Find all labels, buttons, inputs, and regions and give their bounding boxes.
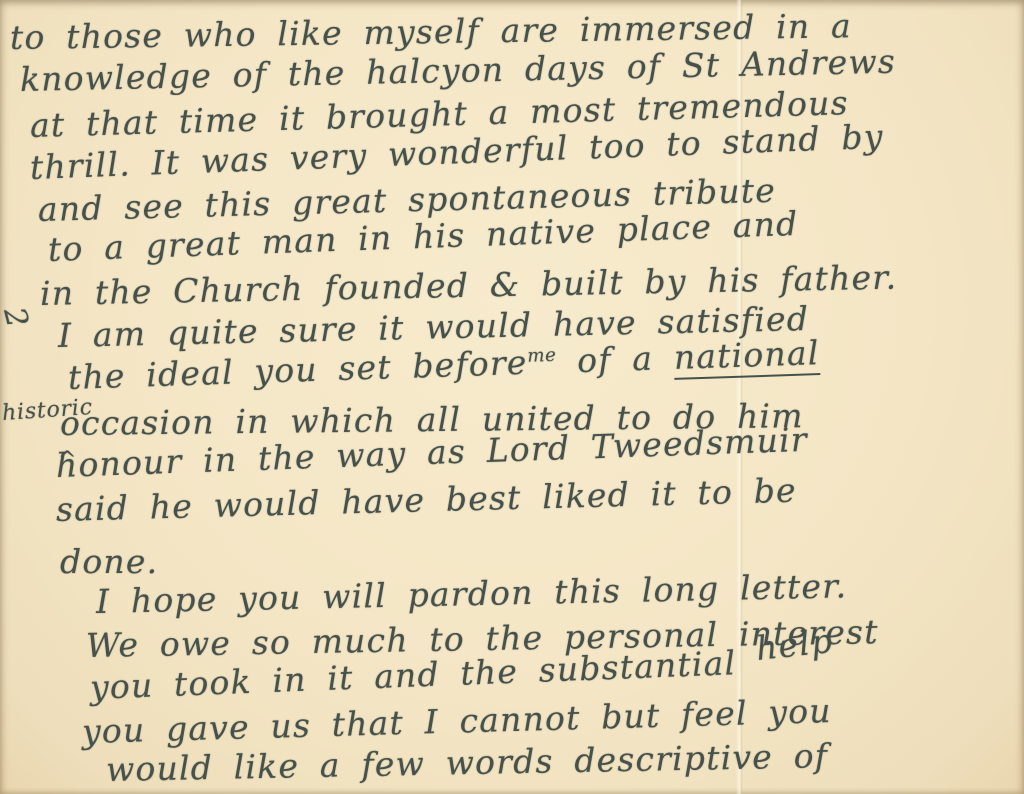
letter-line-13: done. xyxy=(60,542,158,581)
letter-page: 2 historic ^ to those who like myself ar… xyxy=(0,0,1024,794)
inserted-word-help: help xyxy=(754,620,835,667)
line-text: of a xyxy=(556,338,675,381)
margin-page-number: 2 xyxy=(0,304,35,331)
letter-line-14: I hope you will pardon this long letter. xyxy=(96,566,848,621)
inserted-word-me: me xyxy=(527,345,557,367)
underlined-word-national: national xyxy=(673,333,820,380)
